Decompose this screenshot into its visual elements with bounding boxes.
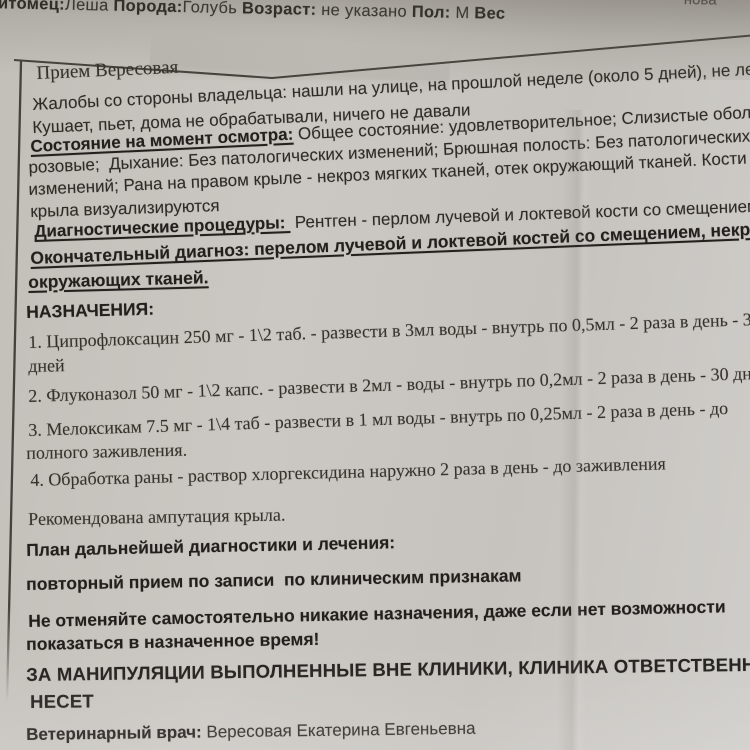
plan-detail: повторный прием по записи по клиническим… [26, 565, 522, 596]
vet-name: Вересовая Екатерина Евгеньевна [206, 719, 475, 742]
amputation-recommendation: Рекомендована ампутация крыла. [28, 504, 286, 531]
warning-line-1: Не отменяйте самостоятельно никакие назн… [28, 596, 726, 632]
pet-name: Леша [65, 0, 114, 15]
breed-label: Порода: [113, 0, 182, 16]
prescriptions-title: НАЗНАЧЕНИЯ: [26, 299, 154, 324]
left-rule-line [7, 61, 21, 702]
patient-header: Питомец:Леша Порода:Голубь Возраст: не у… [0, 0, 506, 25]
pet-label: Питомец: [0, 0, 65, 14]
weight-label: Вес [474, 4, 505, 23]
plan-title: План дальнейшей диагностики и лечения: [26, 532, 395, 562]
breed-value: Голубь [182, 0, 242, 17]
warning-line-2: показаться в назначенное время! [26, 629, 320, 656]
age-value: не указано [316, 1, 412, 21]
prescription-item-3-line-2: полного заживления. [26, 439, 187, 465]
final-diagnosis-line-2: окружающих тканей. [28, 267, 209, 294]
cutoff-text-fragment: нова [684, 0, 717, 10]
vet-label: Ветеринарный врач: [26, 722, 207, 744]
age-label: Возраст: [242, 0, 317, 19]
document-photo: Питомец:Леша Порода:Голубь Возраст: не у… [0, 0, 750, 750]
vet-line: Ветеринарный врач: Вересовая Екатерина Е… [26, 718, 476, 746]
disclaimer-line-2: НЕСЕТ [30, 689, 94, 713]
sex-value: М [450, 4, 474, 22]
sex-label: Пол: [412, 3, 451, 22]
disclaimer-line-1: ЗА МАНИПУЛЯЦИИ ВЫПОЛНЕННЫЕ ВНЕ КЛИНИКИ, … [26, 652, 750, 686]
prescription-item-1-line-2: дней [28, 354, 65, 377]
visit-title: Прием Вересовая [36, 56, 179, 86]
